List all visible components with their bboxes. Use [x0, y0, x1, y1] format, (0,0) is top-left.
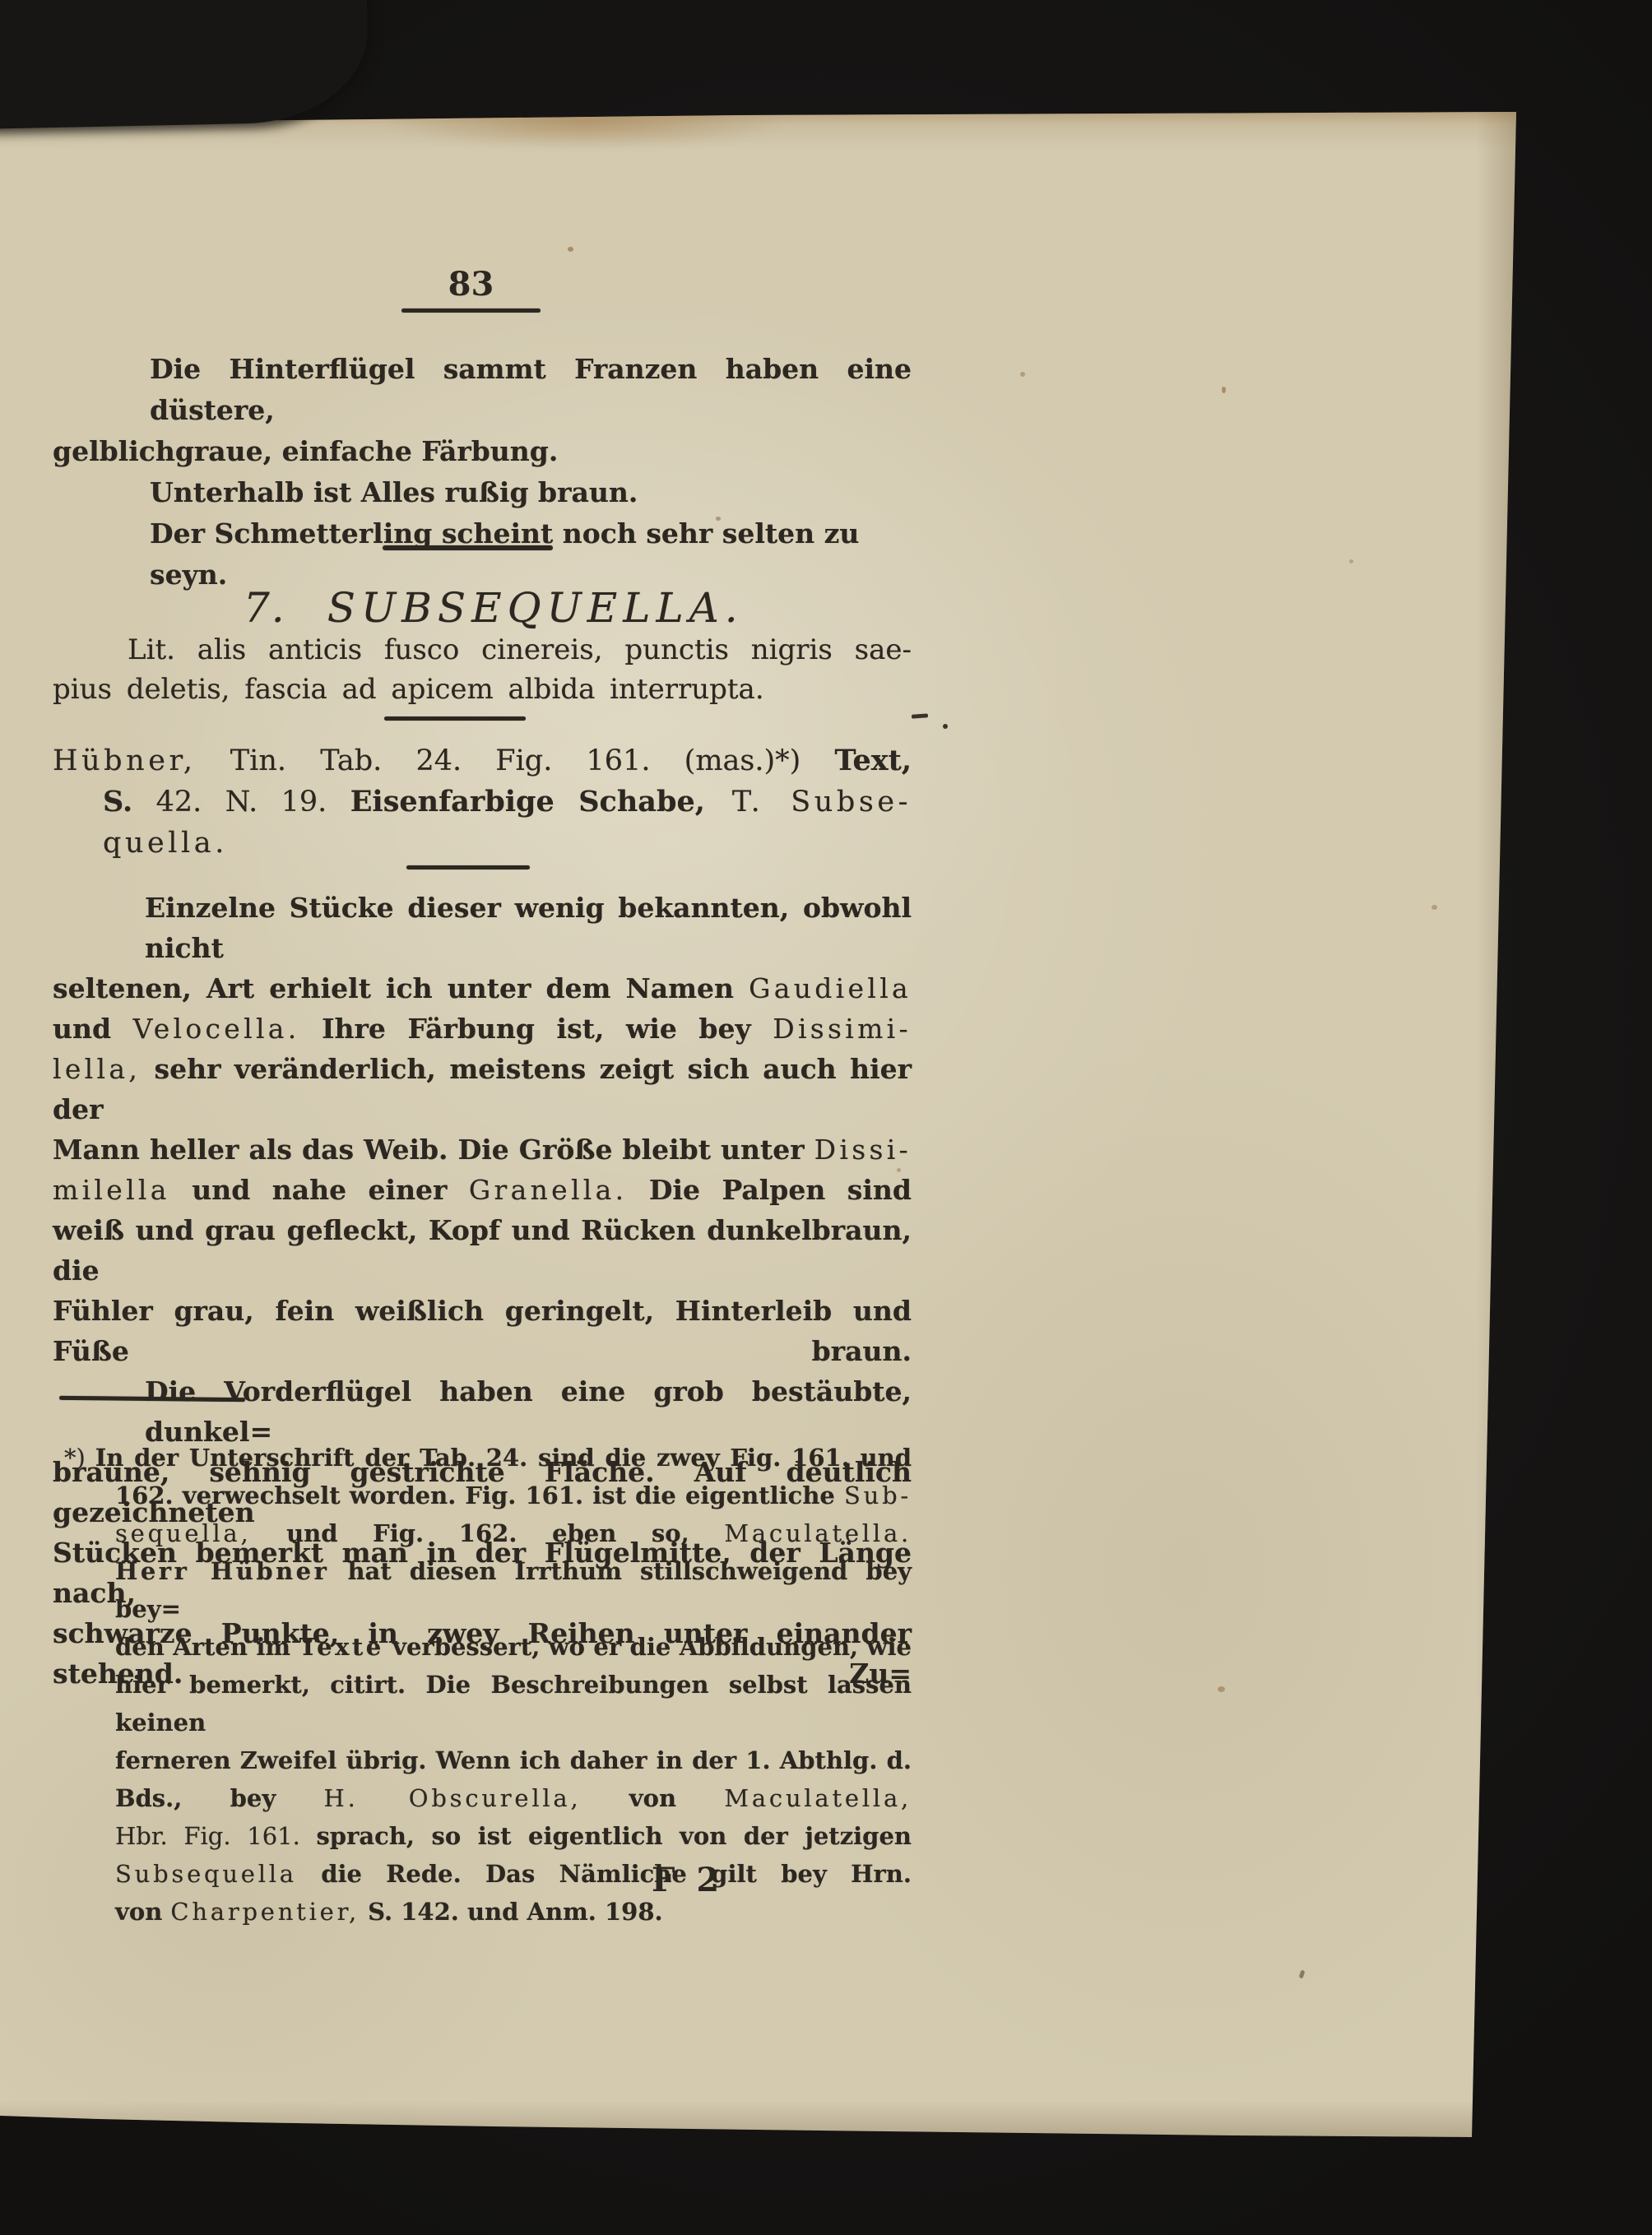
foxing-speck [897, 1168, 901, 1172]
text-segment: sprach, so ist eigentlich von der jetzig… [316, 1822, 912, 1850]
text-line: Mann heller als das Weib. Die Größe blei… [53, 1129, 912, 1170]
species-number: 7. [244, 584, 286, 632]
text-segment: Dissi- [814, 1134, 912, 1166]
foxing-speck [1218, 1686, 1225, 1692]
text-line: seltenen, Art erhielt ich unter dem Name… [53, 968, 912, 1009]
ink-fleck [912, 713, 928, 718]
text-segment: Maculatella, [724, 1784, 912, 1812]
text-line: Subsequella die Rede. Das Nämliche gilt … [64, 1855, 912, 1893]
text-segment: Die Palpen sind [627, 1174, 912, 1206]
species-name: SUBSEQUELLA. [327, 584, 744, 632]
foxing-speck [1432, 905, 1437, 910]
text-segment: und Fig. 162. eben so, [251, 1519, 724, 1547]
text-line: milella und nahe einer Granella. Die Pal… [53, 1170, 912, 1210]
footnote-text: *) In der Unterschrift der Tab. 24. sind… [64, 1439, 912, 1931]
text-segment: verbessert, wo er die Abbildungen, wie [384, 1633, 912, 1661]
foxing-speck [214, 1908, 219, 1913]
page-edge-stain [387, 112, 782, 148]
text-segment: Herr Hübner [115, 1557, 329, 1585]
text-segment: *) [64, 1444, 95, 1472]
text-segment: quella. [103, 827, 228, 860]
text-segment: H. Obscurella, [324, 1784, 582, 1812]
text-segment: 42. N. 19. [132, 786, 350, 818]
text-segment: von [581, 1784, 724, 1812]
text-segment: seltenen, Art erhielt ich unter dem Name… [53, 972, 749, 1004]
text-line: S. 42. N. 19. Eisenfarbige Schabe, T. Su… [53, 781, 912, 823]
text-segment: Ihre Färbung ist, wie bey [300, 1013, 773, 1045]
text-line: von Charpentier, S. 142. und Anm. 198. [64, 1893, 912, 1931]
diagnosis-divider-rule [384, 716, 526, 721]
text-segment: Lit. alis anticis fusco cinereis, puncti… [128, 633, 912, 666]
text-segment: sequella, [115, 1519, 251, 1547]
text-segment: S. 142. und Anm. 198. [360, 1898, 663, 1926]
text-segment: pius deletis, fascia ad apicem albida in… [53, 673, 764, 706]
page-curl-shadow [0, 0, 369, 129]
text-segment: weiß und grau gefleckt, Kopf und Rücken … [53, 1214, 912, 1287]
text-line: Einzelne Stücke dieser wenig bekannten, … [53, 888, 912, 968]
text-segment: Unterhalb ist Alles rußig braun. [150, 476, 638, 508]
page-number-rule [401, 308, 541, 313]
text-segment: 162. verwechselt worden. Fig. 161. ist d… [115, 1481, 844, 1509]
text-line: Fühler grau, fein weißlich geringelt, Hi… [53, 1291, 912, 1371]
text-segment: Charpentier, [170, 1898, 360, 1926]
text-segment: den Arten im [115, 1633, 299, 1661]
text-segment: Die Hinterflügel sammt Franzen haben ein… [150, 353, 912, 426]
page-number: 83 [401, 267, 541, 303]
text-segment: Fühler grau, fein weißlich geringelt, Hi… [53, 1295, 912, 1367]
foxing-speck [1020, 372, 1025, 377]
foxing-speck [1349, 559, 1353, 563]
text-segment: Einzelne Stücke dieser wenig bekannten, … [145, 892, 912, 964]
text-segment: Dissimi- [773, 1013, 912, 1045]
text-line: Unterhalb ist Alles rußig braun. [53, 472, 912, 513]
foxing-speck [1299, 1969, 1306, 1978]
foxing-speck [1222, 387, 1226, 393]
text-line: gelblichgraue, einfache Färbung. [53, 431, 912, 472]
literature-reference: Hübner, Tin. Tab. 24. Fig. 161. (mas.)*)… [53, 740, 912, 864]
text-segment: und nahe einer [170, 1174, 469, 1206]
text-line: Herr Hübner hat diesen Irrthum stillschw… [64, 1552, 912, 1628]
text-line: und Velocella. Ihre Färbung ist, wie bey… [53, 1009, 912, 1049]
scanned-book-page: 83 Die Hinterflügel sammt Franzen haben … [0, 0, 1652, 2235]
text-segment: Mann heller als das Weib. Die Größe blei… [53, 1134, 814, 1166]
section-divider-rule [383, 545, 553, 550]
text-line: weiß und grau gefleckt, Kopf und Rücken … [53, 1210, 912, 1291]
text-segment: milella [53, 1174, 170, 1206]
text-line: Bds., bey H. Obscurella, von Maculatella… [64, 1779, 912, 1817]
book-page: 83 Die Hinterflügel sammt Franzen haben … [0, 112, 1519, 2140]
text-line: Hübner, Tin. Tab. 24. Fig. 161. (mas.)*)… [53, 740, 912, 781]
text-line: pius deletis, fascia ad apicem albida in… [53, 670, 912, 709]
text-segment: Eisenfarbige Schabe, [350, 785, 705, 818]
text-line: Die Hinterflügel sammt Franzen haben ein… [53, 349, 912, 431]
species-heading: 7.SUBSEQUELLA. [244, 580, 744, 636]
text-line: lella, sehr veränderlich, meistens zeigt… [53, 1049, 912, 1129]
foxing-speck [568, 247, 573, 252]
text-segment: gelblichgraue, einfache Färbung. [53, 435, 558, 467]
text-segment: In der Unterschrift der Tab. 24. sind di… [95, 1444, 912, 1472]
text-segment: Tin. Tab. 24. Fig. 161. (mas.)*) [197, 744, 835, 777]
latin-diagnosis: Lit. alis anticis fusco cinereis, puncti… [53, 630, 912, 709]
text-segment: Die Vorderflügel haben eine grob bestäub… [145, 1375, 912, 1448]
text-segment: Text, [834, 744, 912, 777]
text-segment: lella, [53, 1053, 141, 1085]
text-segment: die Rede. Das Nämliche gilt bey Hrn. [297, 1860, 912, 1888]
text-line: *) In der Unterschrift der Tab. 24. sind… [64, 1439, 912, 1477]
text-segment: und [53, 1013, 133, 1045]
text-line: ferneren Zweifel übrig. Wenn ich daher i… [64, 1741, 912, 1779]
text-line: 162. verwechselt worden. Fig. 161. ist d… [64, 1477, 912, 1514]
ink-fleck [943, 724, 948, 729]
text-segment: ferneren Zweifel übrig. Wenn ich daher i… [115, 1746, 912, 1774]
intro-paragraph: Die Hinterflügel sammt Franzen haben ein… [53, 349, 912, 596]
text-segment: Granella. [469, 1174, 627, 1206]
text-segment: Sub- [844, 1481, 912, 1509]
text-segment: Subsequella [115, 1860, 297, 1888]
text-segment: von [115, 1898, 170, 1926]
text-segment: T. Subse- [705, 786, 912, 818]
text-segment: Velocella. [133, 1013, 300, 1045]
text-line: Hbr. Fig. 161. sprach, so ist eigentlich… [64, 1817, 912, 1855]
text-segment: Maculatella. [724, 1519, 912, 1547]
text-segment: Hübner, [53, 744, 197, 777]
text-line: hier bemerkt, citirt. Die Beschreibungen… [64, 1666, 912, 1741]
text-line: Lit. alis anticis fusco cinereis, puncti… [53, 630, 912, 670]
reference-divider-rule [406, 865, 530, 869]
text-segment: Gaudiella [749, 972, 912, 1004]
text-segment: S. [103, 785, 132, 818]
text-line: quella. [53, 823, 912, 864]
text-segment: Texte [299, 1633, 383, 1661]
foxing-speck [716, 517, 721, 521]
text-line: sequella, und Fig. 162. eben so, Maculat… [64, 1514, 912, 1552]
text-segment: sehr veränderlich, meistens zeigt sich a… [53, 1053, 912, 1125]
text-line: den Arten im Texte verbessert, wo er die… [64, 1628, 912, 1666]
text-segment: Hbr. Fig. 161. [115, 1822, 316, 1850]
text-segment: Bds., bey [115, 1784, 324, 1812]
text-segment: hier bemerkt, citirt. Die Beschreibungen… [115, 1671, 912, 1737]
signature-mark: F 2 [652, 1861, 724, 1899]
